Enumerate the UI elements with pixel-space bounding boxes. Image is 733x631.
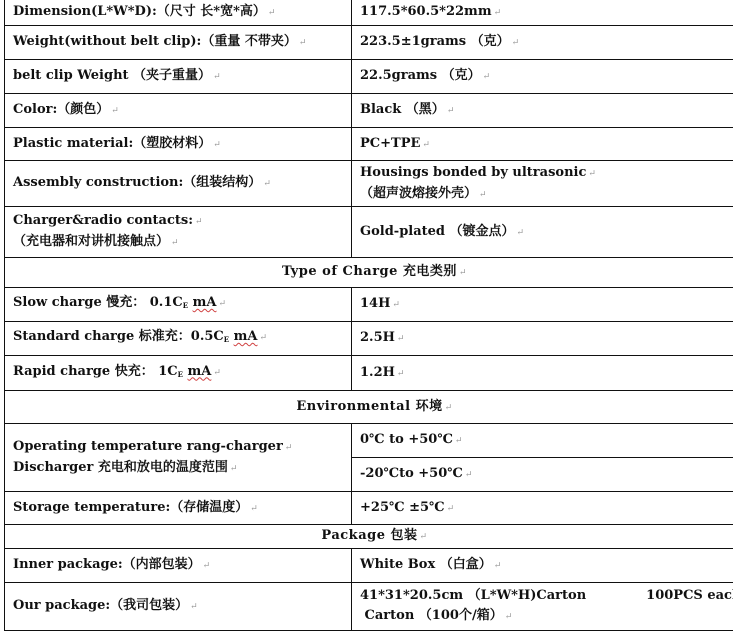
paragraph-mark-icon: ↵ (455, 436, 463, 446)
unit: mA (188, 364, 212, 379)
paragraph-mark-icon: ↵ (422, 140, 430, 150)
paragraph-mark-icon: ↵ (483, 72, 491, 82)
value-cell: +25℃ ±5℃↵ (352, 492, 733, 525)
row-outer-package: Our package:（我司包装）↵ 41*31*20.5cm （L*W*H)… (5, 583, 733, 631)
paragraph-mark-icon: ↵ (111, 106, 119, 116)
label-cell: Charger&radio contacts:↵ （充电器和对讲机接触点）↵ (5, 207, 352, 258)
paragraph-mark-icon: ↵ (213, 368, 221, 378)
value-cell: 223.5±1grams （克）↵ (352, 26, 733, 60)
paragraph-mark-icon: ↵ (259, 333, 267, 343)
dimension-label: Dimension(L*W*D):（尺寸 长*宽*高） (13, 4, 266, 19)
spec-sheet: Dimension(L*W*D):（尺寸 长*宽*高）↵ 117.5*60.5*… (4, 0, 733, 631)
value-cell: PC+TPE↵ (352, 128, 733, 161)
value-cell: 22.5grams （克）↵ (352, 60, 733, 94)
subscript: E (183, 301, 188, 310)
spec-table: Dimension(L*W*D):（尺寸 长*宽*高）↵ 117.5*60.5*… (4, 0, 733, 631)
operating-label-en: Operating temperature rang-charger (13, 439, 283, 454)
label-cell: Dimension(L*W*D):（尺寸 长*宽*高）↵ (5, 0, 352, 26)
slow-charge-value: 14H (360, 296, 390, 311)
carton-size: 41*31*20.5cm （L*W*H)Carton (360, 588, 586, 603)
package-section-title: Package 包装 (321, 528, 417, 543)
section-package: Package 包装↵ (5, 525, 733, 549)
operating-label-cn: Discharger 充电和放电的温度范围 (13, 460, 228, 475)
paragraph-mark-icon: ↵ (213, 72, 221, 82)
value-cell: Gold-plated （镀金点）↵ (352, 207, 733, 258)
outer-package-value-line2: Carton （100个/箱）↵ (360, 606, 733, 627)
paragraph-mark-icon: ↵ (505, 612, 513, 622)
operating-label-line1: Operating temperature rang-charger↵ (13, 437, 343, 458)
inner-package-value: White Box （白盒） (360, 557, 492, 572)
paragraph-mark-icon: ↵ (268, 8, 276, 18)
value-cell: 14H↵ (352, 288, 733, 322)
paragraph-mark-icon: ↵ (420, 532, 428, 542)
assembly-value-cn: （超声波熔接外壳） (360, 186, 477, 201)
paragraph-mark-icon: ↵ (494, 8, 502, 18)
value-cell: Housings bonded by ultrasonic↵ （超声波熔接外壳）… (352, 161, 733, 207)
label-cell: Inner package:（内部包装）↵ (5, 549, 352, 583)
inner-package-label: Inner package:（内部包装） (13, 557, 201, 572)
paragraph-mark-icon: ↵ (445, 403, 453, 413)
paragraph-mark-icon: ↵ (465, 470, 473, 480)
plastic-value: PC+TPE (360, 136, 420, 151)
row-standard-charge: Standard charge 标准充：0.5CE mA↵ 2.5H↵ (5, 322, 733, 356)
standard-charge-label: Standard charge 标准充：0.5C (13, 329, 224, 344)
paragraph-mark-icon: ↵ (250, 504, 258, 514)
paragraph-mark-icon: ↵ (195, 217, 203, 227)
label-cell: Weight(without belt clip):（重量 不带夹）↵ (5, 26, 352, 60)
label-cell: Plastic material:（塑胶材料）↵ (5, 128, 352, 161)
value-cell: 117.5*60.5*22mm↵ (352, 0, 733, 26)
paragraph-mark-icon: ↵ (397, 369, 405, 379)
carton-quantity-cn: Carton （100个/箱） (365, 608, 503, 623)
paragraph-mark-icon: ↵ (447, 504, 455, 514)
clip-weight-label: belt clip Weight （夹子重量） (13, 68, 211, 83)
row-rapid-charge: Rapid charge 快充： 1CE mA↵ 1.2H↵ (5, 356, 733, 391)
paragraph-mark-icon: ↵ (230, 464, 238, 474)
carton-quantity: 100PCS each (646, 588, 733, 603)
section-charge: Type of Charge 充电类别↵ (5, 258, 733, 288)
label-cell: Standard charge 标准充：0.5CE mA↵ (5, 322, 352, 356)
row-slow-charge: Slow charge 慢充： 0.1CE mA↵ 14H↵ (5, 288, 733, 322)
section-title-cell: Package 包装↵ (5, 525, 733, 549)
storage-label: Storage temperature:（存储温度） (13, 500, 248, 515)
value-cell: 1.2H↵ (352, 356, 733, 391)
color-label: Color:（颜色） (13, 102, 109, 117)
contacts-value: Gold-plated （镀金点） (360, 224, 515, 239)
value-cell: Black （黑）↵ (352, 94, 733, 128)
paragraph-mark-icon: ↵ (263, 179, 271, 189)
label-cell: Assembly construction:（组装结构）↵ (5, 161, 352, 207)
subscript: E (224, 335, 229, 344)
label-cell: Rapid charge 快充： 1CE mA↵ (5, 356, 352, 391)
paragraph-mark-icon: ↵ (190, 602, 198, 612)
unit: mA (234, 329, 258, 344)
standard-charge-value: 2.5H (360, 330, 395, 345)
contacts-label-line2: （充电器和对讲机接触点）↵ (13, 232, 343, 253)
row-plastic: Plastic material:（塑胶材料）↵ PC+TPE↵ (5, 128, 733, 161)
label-cell: Our package:（我司包装）↵ (5, 583, 352, 631)
row-contacts: Charger&radio contacts:↵ （充电器和对讲机接触点）↵ G… (5, 207, 733, 258)
value-cell: 2.5H↵ (352, 322, 733, 356)
plastic-label: Plastic material:（塑胶材料） (13, 136, 211, 151)
value-cell: White Box （白盒）↵ (352, 549, 733, 583)
label-cell: Operating temperature rang-charger↵ Disc… (5, 424, 352, 492)
assembly-label: Assembly construction:（组装结构） (13, 175, 261, 190)
paragraph-mark-icon: ↵ (171, 238, 179, 248)
value-cell: -20℃to +50℃↵ (352, 458, 733, 492)
assembly-value-en: Housings bonded by ultrasonic (360, 165, 586, 180)
rapid-charge-label: Rapid charge 快充： 1C (13, 364, 178, 379)
paragraph-mark-icon: ↵ (479, 190, 487, 200)
dimension-value: 117.5*60.5*22mm (360, 4, 492, 19)
row-dimension: Dimension(L*W*D):（尺寸 长*宽*高）↵ 117.5*60.5*… (5, 0, 733, 26)
paragraph-mark-icon: ↵ (392, 300, 400, 310)
section-environment: Environmental 环境↵ (5, 391, 733, 424)
color-value: Black （黑） (360, 102, 445, 117)
paragraph-mark-icon: ↵ (397, 334, 405, 344)
paragraph-mark-icon: ↵ (213, 140, 221, 150)
subscript: E (178, 370, 183, 379)
charge-section-title: Type of Charge 充电类别 (282, 264, 457, 279)
row-color: Color:（颜色）↵ Black （黑）↵ (5, 94, 733, 128)
paragraph-mark-icon: ↵ (285, 443, 293, 453)
slow-charge-label: Slow charge 慢充： 0.1C (13, 295, 183, 310)
clip-weight-value: 22.5grams （克） (360, 68, 481, 83)
discharge-temp-value: -20℃to +50℃ (360, 466, 463, 481)
assembly-value-line2: （超声波熔接外壳）↵ (360, 184, 733, 205)
label-cell: Slow charge 慢充： 0.1CE mA↵ (5, 288, 352, 322)
rapid-charge-value: 1.2H (360, 365, 395, 380)
row-storage-temp: Storage temperature:（存储温度）↵ +25℃ ±5℃↵ (5, 492, 733, 525)
weight-value: 223.5±1grams （克） (360, 34, 510, 49)
outer-package-label: Our package:（我司包装） (13, 598, 188, 613)
paragraph-mark-icon: ↵ (218, 299, 226, 309)
contacts-label-line1: Charger&radio contacts:↵ (13, 211, 343, 232)
section-title-cell: Environmental 环境↵ (5, 391, 733, 424)
label-cell: Color:（颜色）↵ (5, 94, 352, 128)
paragraph-mark-icon: ↵ (299, 38, 307, 48)
environment-section-title: Environmental 环境 (296, 399, 442, 414)
contacts-label-cn: （充电器和对讲机接触点） (13, 234, 169, 249)
charge-temp-value: 0℃ to +50℃ (360, 432, 453, 447)
weight-label: Weight(without belt clip):（重量 不带夹） (13, 34, 297, 49)
paragraph-mark-icon: ↵ (588, 169, 596, 179)
operating-label-line2: Discharger 充电和放电的温度范围↵ (13, 458, 343, 479)
outer-package-value-line1: 41*31*20.5cm （L*W*H)Carton100PCS each (360, 586, 733, 606)
value-cell: 41*31*20.5cm （L*W*H)Carton100PCS each Ca… (352, 583, 733, 631)
row-inner-package: Inner package:（内部包装）↵ White Box （白盒）↵ (5, 549, 733, 583)
label-cell: Storage temperature:（存储温度）↵ (5, 492, 352, 525)
unit: mA (193, 295, 217, 310)
assembly-value-line1: Housings bonded by ultrasonic↵ (360, 163, 733, 184)
row-clip-weight: belt clip Weight （夹子重量）↵ 22.5grams （克）↵ (5, 60, 733, 94)
paragraph-mark-icon: ↵ (512, 38, 520, 48)
row-weight: Weight(without belt clip):（重量 不带夹）↵ 223.… (5, 26, 733, 60)
row-assembly: Assembly construction:（组装结构）↵ Housings b… (5, 161, 733, 207)
paragraph-mark-icon: ↵ (203, 561, 211, 571)
paragraph-mark-icon: ↵ (494, 561, 502, 571)
paragraph-mark-icon: ↵ (517, 228, 525, 238)
contacts-label-en: Charger&radio contacts: (13, 213, 193, 228)
row-operating-temp: Operating temperature rang-charger↵ Disc… (5, 424, 733, 458)
paragraph-mark-icon: ↵ (447, 106, 455, 116)
value-cell: 0℃ to +50℃↵ (352, 424, 733, 458)
paragraph-mark-icon: ↵ (459, 268, 467, 278)
storage-value: +25℃ ±5℃ (360, 500, 445, 515)
section-title-cell: Type of Charge 充电类别↵ (5, 258, 733, 288)
label-cell: belt clip Weight （夹子重量）↵ (5, 60, 352, 94)
